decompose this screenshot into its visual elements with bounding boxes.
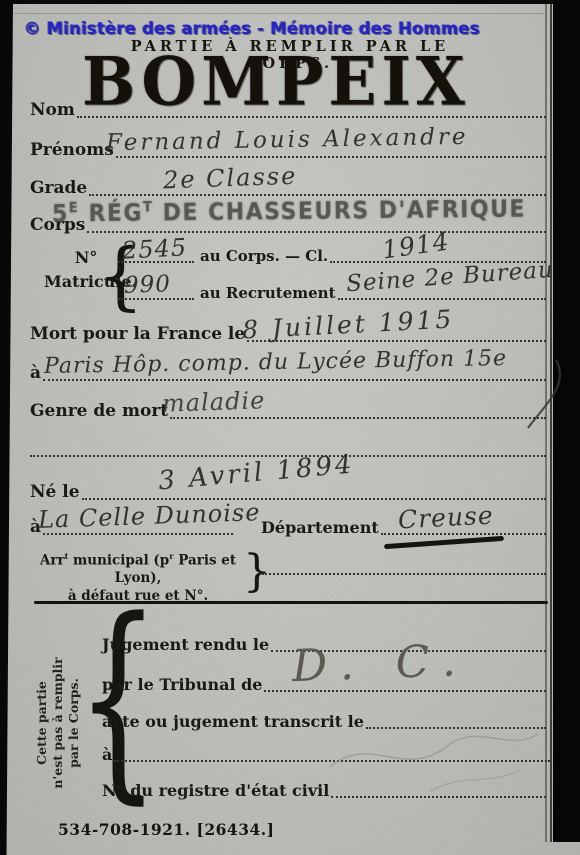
pencil-scribbles (310, 722, 545, 797)
handwriting-departement: Creuse (397, 501, 494, 535)
sidebar-note-line2: n'est pas à remplir (50, 634, 66, 812)
mort-label: Mort pour la France le (30, 324, 245, 344)
regiment-ink-stamp: 5E RÉGT DE CHASSEURS D'AFRIQUE (52, 195, 552, 228)
a-transcrit-label: à (102, 745, 112, 764)
ink-flourish (522, 356, 566, 434)
arrondissement-dotted-line (262, 572, 546, 575)
au-corps-label: au Corps. — Cl. (200, 247, 328, 265)
sidebar-note-line1: Cette partie (34, 634, 50, 812)
document-scan: © Ministère des armées - Mémoire des Hom… (0, 0, 580, 855)
copyright-watermark: © Ministère des armées - Mémoire des Hom… (24, 19, 480, 38)
handwriting-matricule-corps: 2545 (121, 233, 187, 264)
prenoms-label: Prénoms (30, 140, 114, 160)
handwriting-grade: 2e Classe (163, 162, 298, 195)
scan-edge-top (0, 0, 580, 4)
prenoms-dotted-line (116, 155, 546, 158)
handwriting-tribunal-initials: D. C. (291, 635, 470, 692)
recrutement-dotted-line (338, 297, 546, 300)
nom-label: Nom (30, 100, 75, 120)
corps-dotted-line (87, 230, 546, 233)
ink-underline-stroke (384, 536, 504, 549)
printer-imprint: 534-708-1921. [26434.] (58, 820, 275, 839)
ne-le-dotted-line (82, 497, 546, 500)
handwriting-genre-mort: maladie (162, 386, 266, 418)
genre-mort-dotted-line (170, 416, 546, 419)
field-row-genre-mort: Genre de mort (30, 397, 546, 421)
tribunal-label: par le Tribunal de (102, 675, 262, 694)
field-row-nom: Nom (30, 96, 546, 120)
lieu-deces-label: à (30, 363, 41, 383)
paper-crease-line (14, 13, 544, 14)
grade-label: Grade (30, 178, 87, 198)
registre-label: N° du registre d'état civil (102, 781, 329, 800)
genre-mort-label: Genre de mort (30, 401, 168, 421)
field-row-arrondissement (262, 553, 546, 577)
nom-dotted-line (77, 115, 546, 118)
scan-edge-left (0, 0, 13, 855)
departement-label: Département (261, 518, 379, 537)
ne-le-label: Né le (30, 482, 80, 502)
handwriting-matricule-recrutement: 990 (124, 271, 172, 299)
lieu-deces-dotted-line (43, 378, 546, 381)
au-recrutement-label: au Recrutement (200, 284, 336, 302)
jugement-label: Jugement rendu le (102, 635, 269, 654)
